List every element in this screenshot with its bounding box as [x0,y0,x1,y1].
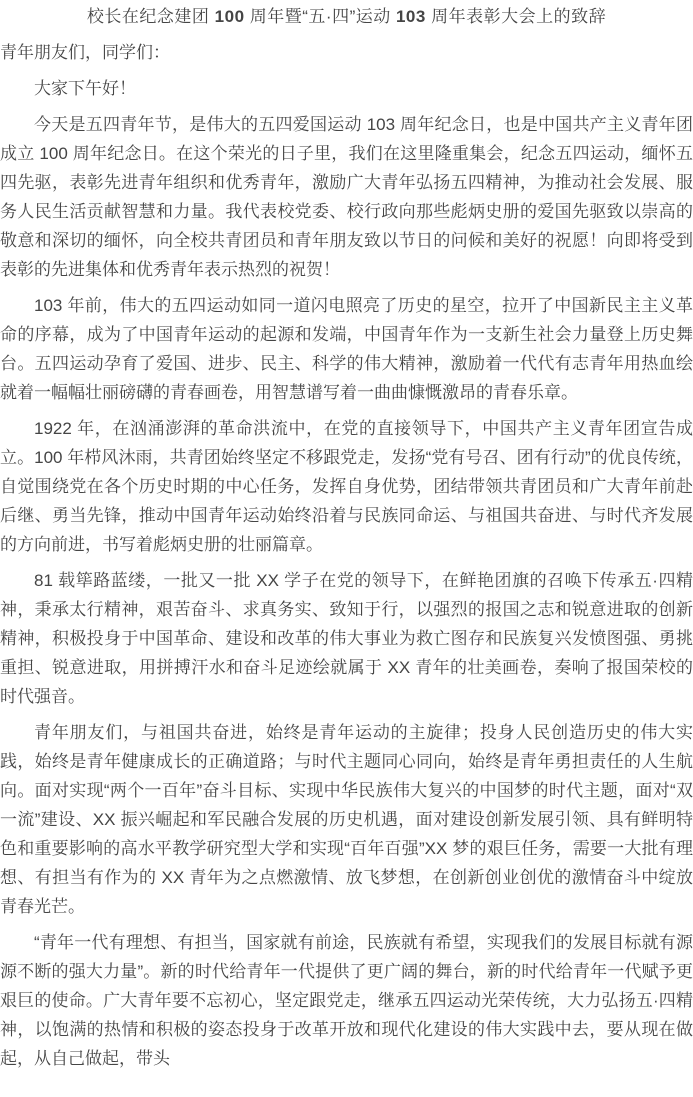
title-segment: 周年表彰大会上的致辞 [426,7,606,26]
salutation-line: 青年朋友们，同学们： [0,38,693,67]
document-title: 校长在纪念建团 100 周年暨“五·四”运动 103 周年表彰大会上的致辞 [0,2,693,31]
title-number-103: 103 [396,7,426,26]
title-number-100: 100 [215,7,245,26]
document-page: 校长在纪念建团 100 周年暨“五·四”运动 103 周年表彰大会上的致辞 青年… [0,0,693,1097]
paragraph-youth-movement-theme: 青年朋友们，与祖国共奋进，始终是青年运动的主旋律；投身人民创造历史的伟大实践，始… [0,718,693,921]
paragraph-81-years-school: 81 载筚路蓝缕，一批又一批 XX 学子在党的领导下，在鲜艳团旗的召唤下传承五·… [0,566,693,711]
paragraph-new-era-mission: “青年一代有理想、有担当，国家就有前途，民族就有希望，实现我们的发展目标就有源源… [0,928,693,1073]
title-segment: 周年暨“五·四”运动 [245,7,396,26]
title-segment: 校长在纪念建团 [87,7,215,26]
paragraph-103-years-ago: 103 年前，伟大的五四运动如同一道闪电照亮了历史的星空，拉开了中国新民主主义革… [0,291,693,407]
paragraph-1922-league-founding: 1922 年，在汹涌澎湃的革命洪流中，在党的直接领导下，中国共产主义青年团宣告成… [0,414,693,559]
greeting-line: 大家下午好！ [0,74,693,103]
paragraph-today-anniversary: 今天是五四青年节，是伟大的五四爱国运动 103 周年纪念日，也是中国共产主义青年… [0,110,693,284]
